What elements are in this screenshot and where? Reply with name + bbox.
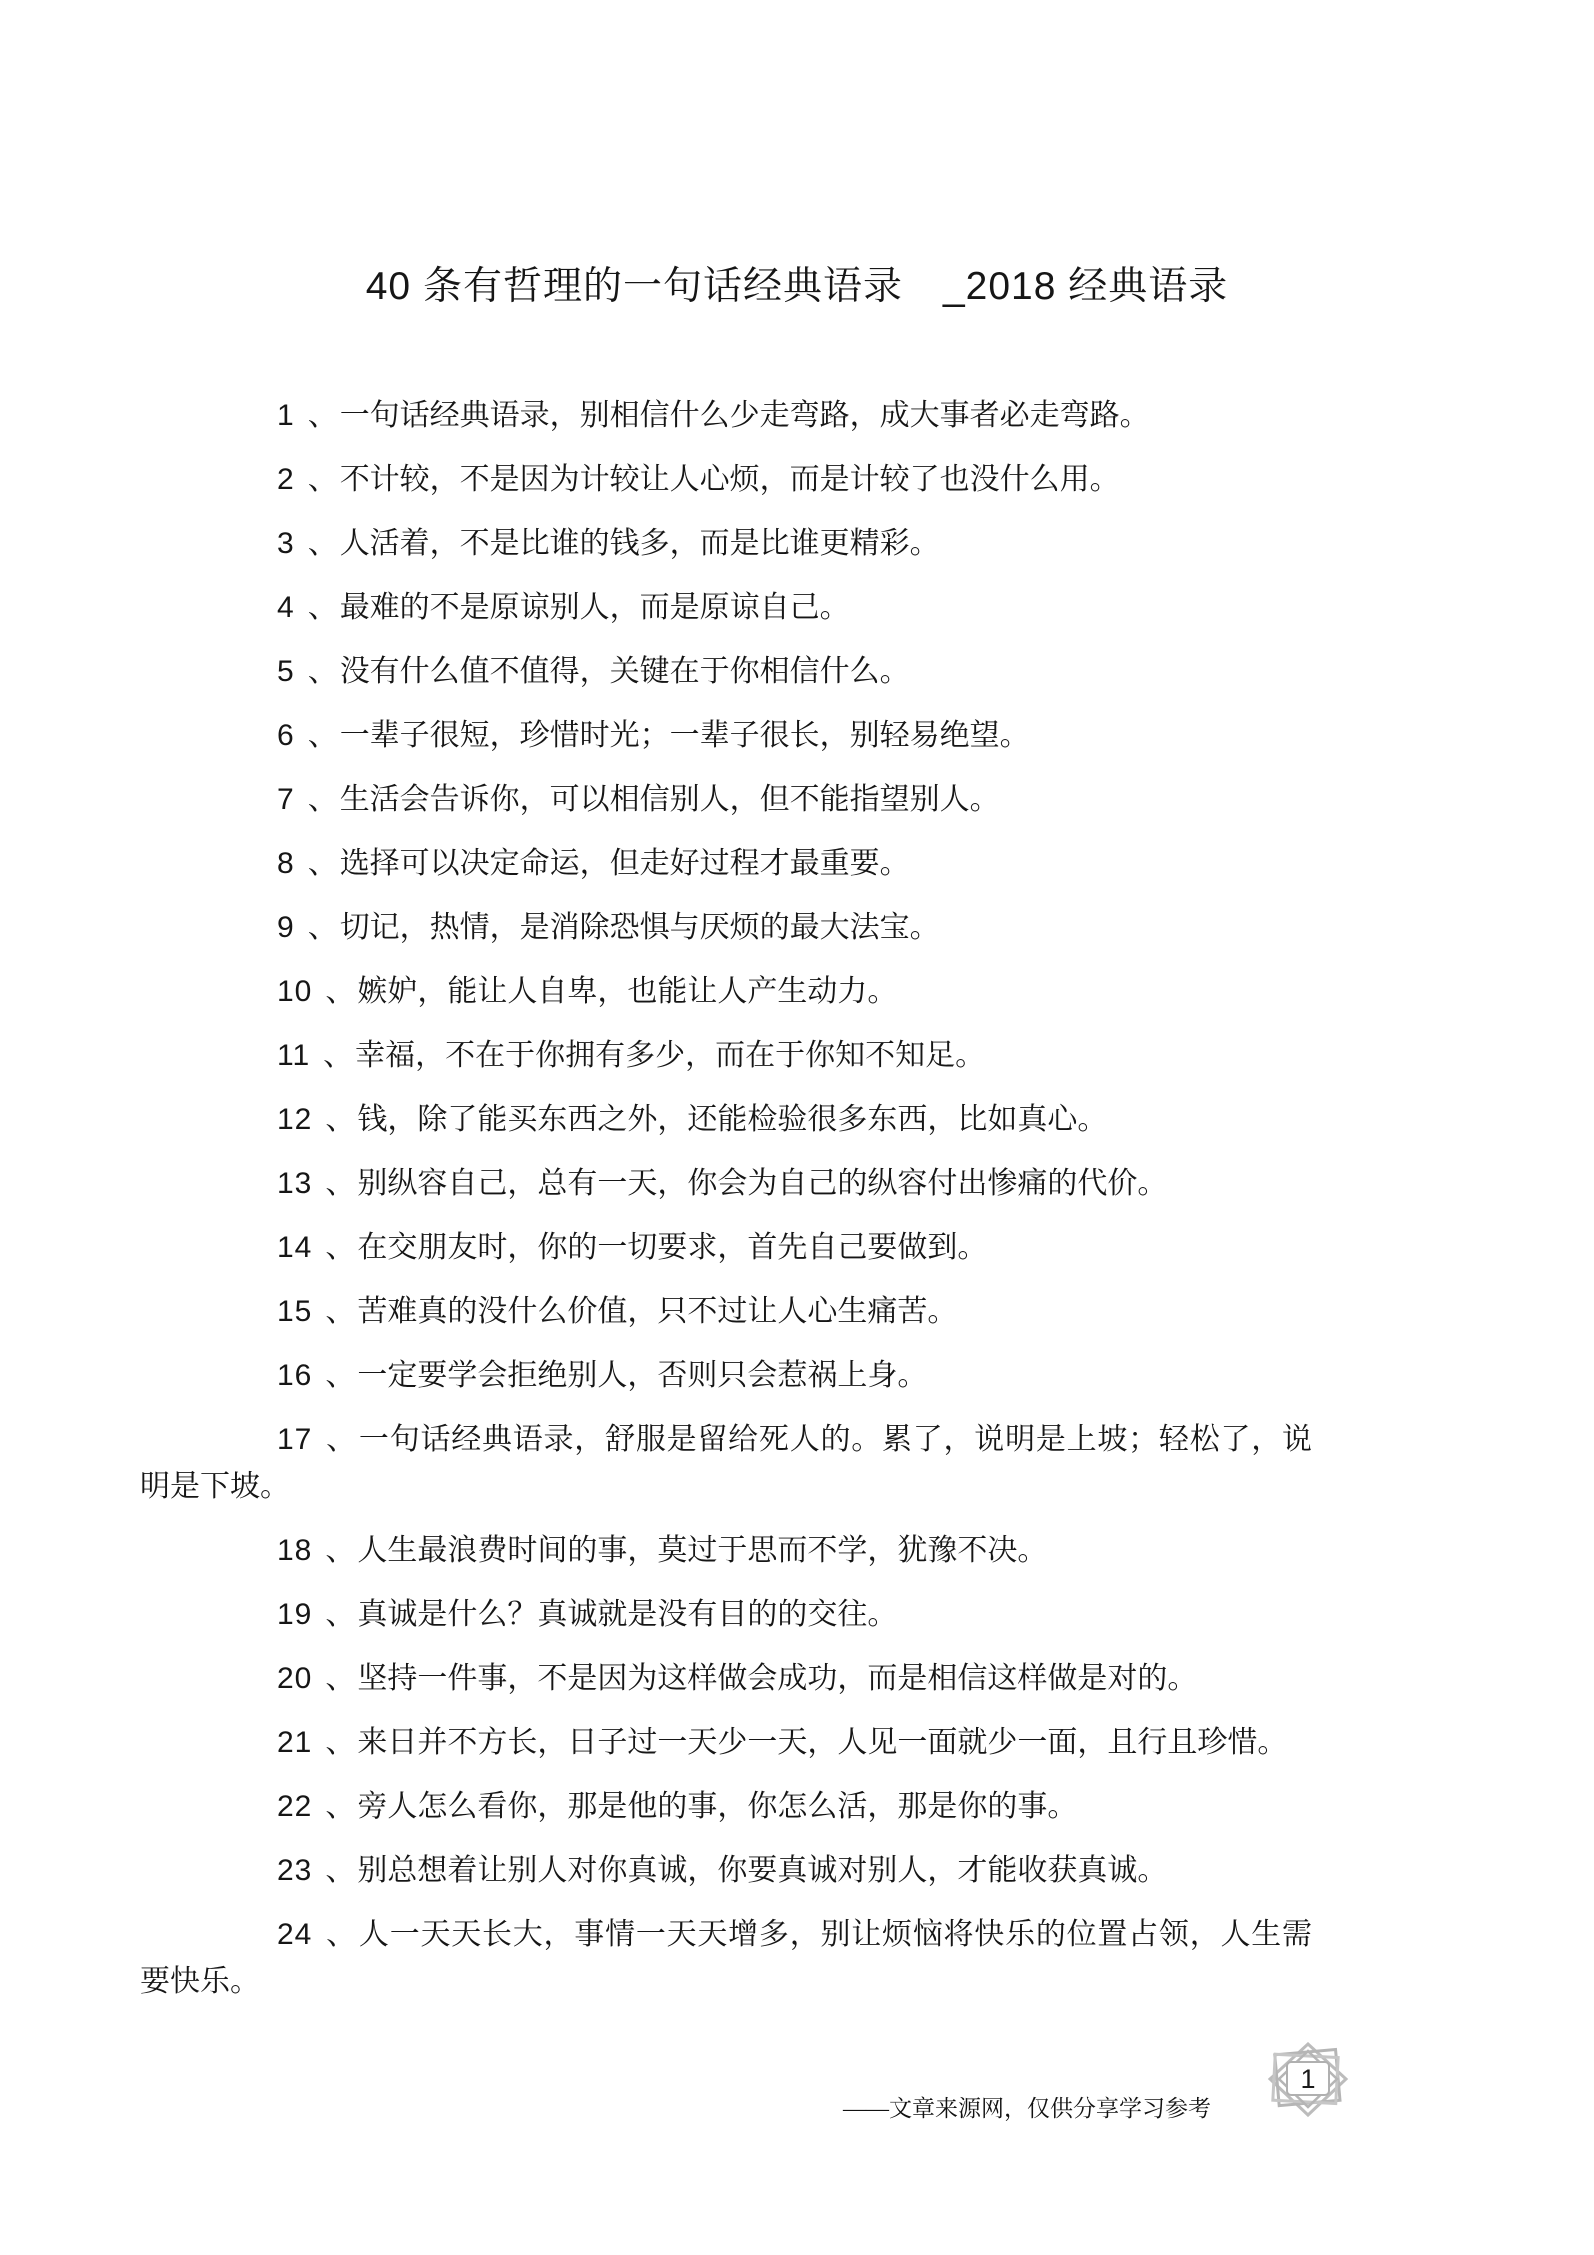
quote-number: 15 — [277, 1295, 312, 1328]
quote-text: 钱，除了能买东西之外，还能检验很多东西，比如真心。 — [357, 1103, 1107, 1136]
quote-item: 13、别纵容自己，总有一天，你会为自己的纵容付出惨痛的代价。 — [140, 1160, 1312, 1207]
quote-number: 8 — [277, 847, 295, 880]
title-count-number: 40 — [366, 265, 423, 308]
quote-number: 22 — [277, 1790, 312, 1823]
quote-text: 一句话经典语录，别相信什么少走弯路，成大事者必走弯路。 — [340, 399, 1150, 432]
quote-number: 18 — [277, 1534, 312, 1567]
quote-text: 切记，热情，是消除恐惧与厌烦的最大法宝。 — [340, 911, 940, 944]
enumeration-comma: 、 — [308, 591, 338, 624]
quote-number: 10 — [277, 975, 312, 1008]
enumeration-comma: 、 — [323, 1039, 353, 1072]
quote-number: 20 — [277, 1662, 312, 1695]
quote-text: 生活会告诉你，可以相信别人，但不能指望别人。 — [340, 783, 1000, 816]
quote-number: 24 — [277, 1918, 312, 1951]
quote-item: 8、选择可以决定命运，但走好过程才最重要。 — [140, 840, 1312, 887]
quote-number: 5 — [277, 655, 295, 688]
title-gap — [903, 265, 943, 308]
quote-text: 人活着，不是比谁的钱多，而是比谁更精彩。 — [340, 527, 940, 560]
quote-item: 14、在交朋友时，你的一切要求，首先自己要做到。 — [140, 1224, 1312, 1271]
enumeration-comma: 、 — [325, 1790, 355, 1823]
quote-number: 16 — [277, 1359, 312, 1392]
quote-text: 一定要学会拒绝别人，否则只会惹祸上身。 — [357, 1359, 927, 1392]
enumeration-comma: 、 — [308, 719, 338, 752]
quote-text: 旁人怎么看你，那是他的事，你怎么活，那是你的事。 — [357, 1790, 1077, 1823]
quote-item: 24、人一天天长大，事情一天天增多，别让烦恼将快乐的位置占领，人生需要快乐。 — [140, 1911, 1312, 2005]
enumeration-comma: 、 — [308, 399, 338, 432]
document-page: 40 条有哲理的一句话经典语录 _2018 经典语录 1、一句话经典语录，别相信… — [0, 0, 1594, 2255]
quote-list: 1、一句话经典语录，别相信什么少走弯路，成大事者必走弯路。 2、不计较，不是因为… — [0, 310, 1312, 2005]
quote-text: 嫉妒，能让人自卑，也能让人产生动力。 — [357, 975, 897, 1008]
quote-number: 14 — [277, 1231, 312, 1264]
enumeration-comma: 、 — [308, 911, 338, 944]
enumeration-comma: 、 — [308, 655, 338, 688]
quote-text: 最难的不是原谅别人，而是原谅自己。 — [340, 591, 850, 624]
quote-text: 别纵容自己，总有一天，你会为自己的纵容付出惨痛的代价。 — [357, 1167, 1167, 1200]
enumeration-comma: 、 — [325, 1231, 355, 1264]
quote-number: 21 — [277, 1726, 312, 1759]
quote-item: 7、生活会告诉你，可以相信别人，但不能指望别人。 — [140, 776, 1312, 823]
quote-text: 在交朋友时，你的一切要求，首先自己要做到。 — [357, 1231, 987, 1264]
quote-item: 17、一句话经典语录，舒服是留给死人的。累了，说明是上坡；轻松了，说明是下坡。 — [140, 1416, 1312, 1510]
quote-text: 人生最浪费时间的事，莫过于思而不学，犹豫不决。 — [357, 1534, 1047, 1567]
quote-number: 17 — [277, 1423, 312, 1456]
quote-number: 19 — [277, 1598, 312, 1631]
quote-number: 2 — [277, 463, 295, 496]
page-number-ornament: 1 — [1264, 2042, 1352, 2120]
enumeration-comma: 、 — [325, 1854, 355, 1887]
quote-text: 别总想着让别人对你真诚，你要真诚对别人，才能收获真诚。 — [357, 1854, 1167, 1887]
quote-item: 6、一辈子很短，珍惜时光；一辈子很长，别轻易绝望。 — [140, 712, 1312, 759]
quote-number: 11 — [277, 1039, 310, 1072]
enumeration-comma: 、 — [325, 1662, 355, 1695]
page-title: 40 条有哲理的一句话经典语录 _2018 经典语录 — [0, 0, 1594, 310]
title-text-left: 条有哲理的一句话经典语录 — [423, 265, 903, 308]
quote-item: 20、坚持一件事，不是因为这样做会成功，而是相信这样做是对的。 — [140, 1655, 1312, 1702]
quote-item: 5、没有什么值不值得，关键在于你相信什么。 — [140, 648, 1312, 695]
quote-number: 23 — [277, 1854, 312, 1887]
quote-item: 19、真诚是什么？真诚就是没有目的的交往。 — [140, 1591, 1312, 1638]
quote-item: 3、人活着，不是比谁的钱多，而是比谁更精彩。 — [140, 520, 1312, 567]
enumeration-comma: 、 — [325, 1167, 355, 1200]
quote-number: 3 — [277, 527, 295, 560]
quote-number: 4 — [277, 591, 295, 624]
quote-number: 9 — [277, 911, 295, 944]
quote-text: 一句话经典语录，舒服是留给死人的。累了，说明是上坡；轻松了，说明是下坡。 — [140, 1423, 1312, 1503]
quote-item: 4、最难的不是原谅别人，而是原谅自己。 — [140, 584, 1312, 631]
enumeration-comma: 、 — [325, 1295, 355, 1328]
quote-item: 15、苦难真的没什么价值，只不过让人心生痛苦。 — [140, 1288, 1312, 1335]
quote-number: 7 — [277, 783, 295, 816]
enumeration-comma: 、 — [308, 527, 338, 560]
quote-text: 苦难真的没什么价值，只不过让人心生痛苦。 — [357, 1295, 957, 1328]
enumeration-comma: 、 — [308, 463, 338, 496]
quote-text: 坚持一件事，不是因为这样做会成功，而是相信这样做是对的。 — [357, 1662, 1197, 1695]
title-year-number: _2018 — [943, 265, 1068, 308]
quote-number: 1 — [277, 399, 295, 432]
enumeration-comma: 、 — [325, 1534, 355, 1567]
title-text-right: 经典语录 — [1068, 265, 1228, 308]
quote-item: 1、一句话经典语录，别相信什么少走弯路，成大事者必走弯路。 — [140, 392, 1312, 439]
quote-text: 一辈子很短，珍惜时光；一辈子很长，别轻易绝望。 — [340, 719, 1030, 752]
quote-text: 没有什么值不值得，关键在于你相信什么。 — [340, 655, 910, 688]
quote-item: 12、钱，除了能买东西之外，还能检验很多东西，比如真心。 — [140, 1096, 1312, 1143]
quote-number: 12 — [277, 1103, 312, 1136]
quote-text: 人一天天长大，事情一天天增多，别让烦恼将快乐的位置占领，人生需要快乐。 — [140, 1918, 1312, 1998]
quote-item: 21、来日并不方长，日子过一天少一天，人见一面就少一面，且行且珍惜。 — [140, 1719, 1312, 1766]
page-number: 1 — [1264, 2063, 1352, 2095]
quote-text: 不计较，不是因为计较让人心烦，而是计较了也没什么用。 — [340, 463, 1120, 496]
enumeration-comma: 、 — [325, 1103, 355, 1136]
quote-item: 23、别总想着让别人对你真诚，你要真诚对别人，才能收获真诚。 — [140, 1847, 1312, 1894]
enumeration-comma: 、 — [325, 1598, 355, 1631]
quote-item: 18、人生最浪费时间的事，莫过于思而不学，犹豫不决。 — [140, 1527, 1312, 1574]
quote-number: 6 — [277, 719, 295, 752]
quote-item: 16、一定要学会拒绝别人，否则只会惹祸上身。 — [140, 1352, 1312, 1399]
quote-item: 11、幸福，不在于你拥有多少，而在于你知不知足。 — [140, 1032, 1312, 1079]
quote-item: 2、不计较，不是因为计较让人心烦，而是计较了也没什么用。 — [140, 456, 1312, 503]
enumeration-comma: 、 — [325, 1918, 357, 1951]
enumeration-comma: 、 — [325, 1726, 355, 1759]
quote-item: 22、旁人怎么看你，那是他的事，你怎么活，那是你的事。 — [140, 1783, 1312, 1830]
enumeration-comma: 、 — [325, 975, 355, 1008]
enumeration-comma: 、 — [308, 783, 338, 816]
enumeration-comma: 、 — [325, 1423, 357, 1456]
footer-source-note: ——文章来源网，仅供分享学习参考 — [843, 2094, 1211, 2124]
enumeration-comma: 、 — [325, 1359, 355, 1392]
quote-number: 13 — [277, 1167, 312, 1200]
quote-item: 10、嫉妒，能让人自卑，也能让人产生动力。 — [140, 968, 1312, 1015]
quote-item: 9、切记，热情，是消除恐惧与厌烦的最大法宝。 — [140, 904, 1312, 951]
quote-text: 选择可以决定命运，但走好过程才最重要。 — [340, 847, 910, 880]
quote-text: 真诚是什么？真诚就是没有目的的交往。 — [357, 1598, 897, 1631]
quote-text: 来日并不方长，日子过一天少一天，人见一面就少一面，且行且珍惜。 — [357, 1726, 1287, 1759]
quote-text: 幸福，不在于你拥有多少，而在于你知不知足。 — [355, 1039, 985, 1072]
enumeration-comma: 、 — [308, 847, 338, 880]
